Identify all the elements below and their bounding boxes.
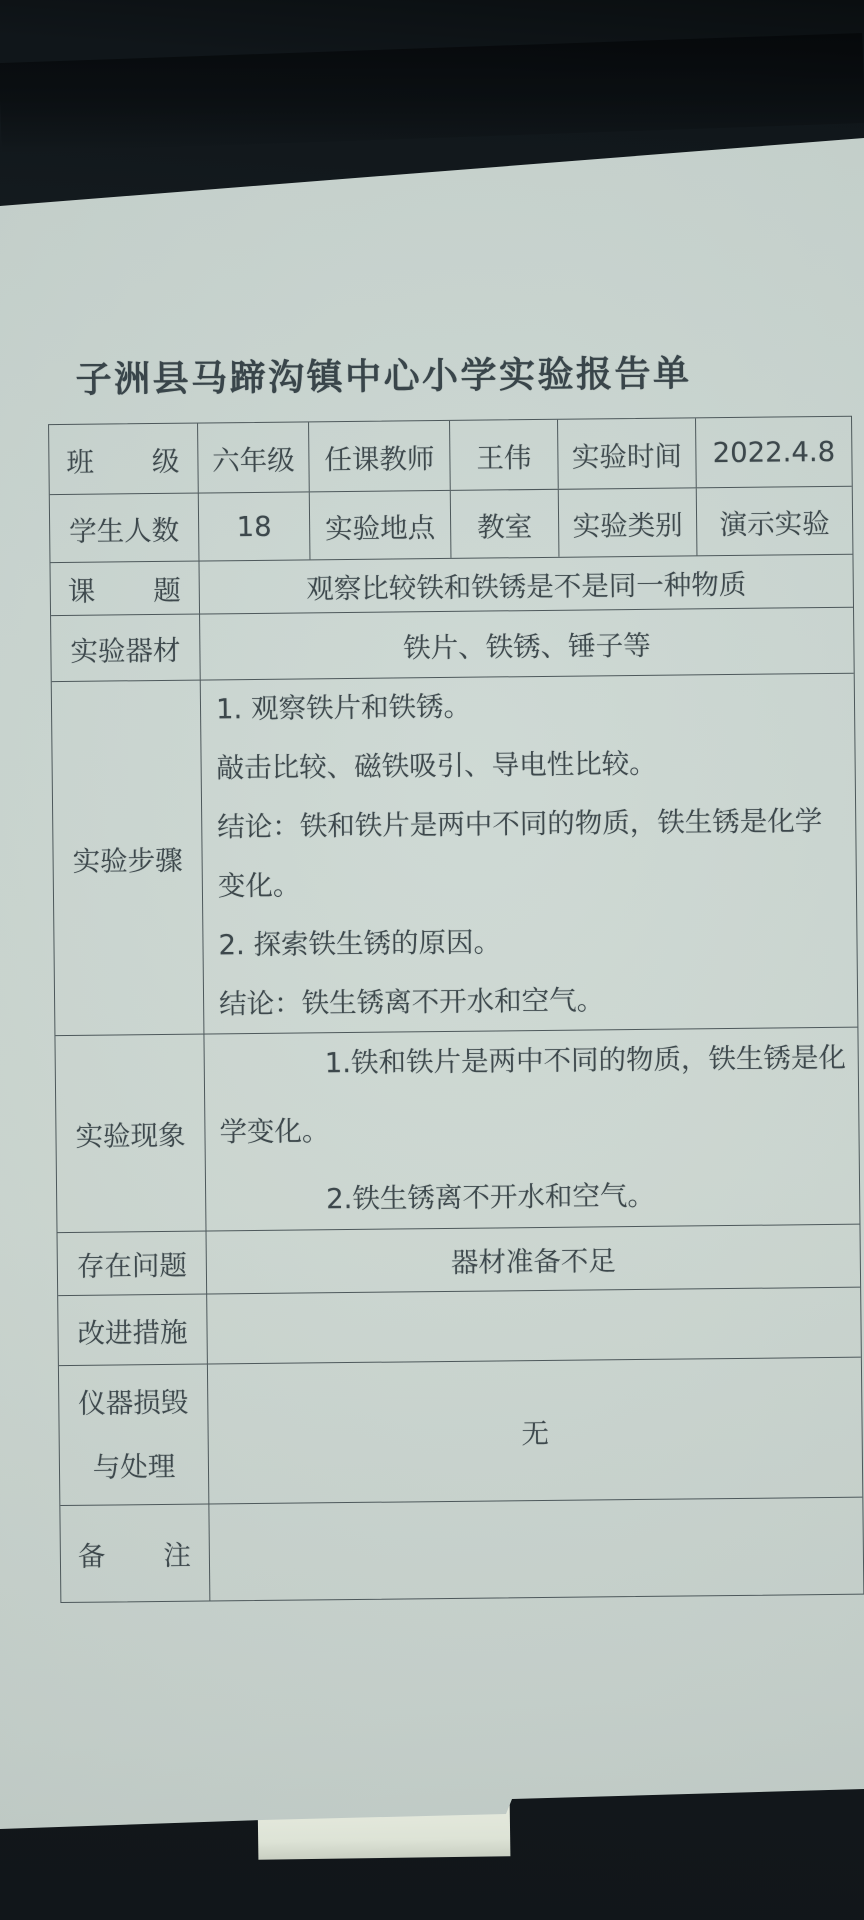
page-title: 子洲县马蹄沟镇中心小学实验报告单 [75, 345, 692, 402]
cell-problems-value: 器材准备不足 [207, 1225, 861, 1294]
table-row-topic: 课 题 观察比较铁和铁锈是不是同一种物质 [50, 555, 853, 616]
table-row-class: 班 级 六年级 任课教师 王伟 实验时间 2022.4.8 [49, 417, 852, 495]
cell-damage-value: 无 [208, 1358, 862, 1504]
cell-location-label: 实验地点 [310, 491, 452, 559]
damage-label-line-1: 仪器损毁 [78, 1370, 189, 1435]
photo-background: 子洲县马蹄沟镇中心小学实验报告单 班 级 六年级 任课教师 王伟 实验时间 20… [0, 0, 864, 1920]
steps-line-5: 结论：铁生锈离不开水和空气。 [219, 968, 848, 1033]
cell-remarks-value [209, 1498, 863, 1601]
cell-equipment-value: 铁片、铁锈、锤子等 [200, 608, 854, 680]
table-row-steps: 实验步骤 1. 观察铁片和铁锈。 敲击比较、磁铁吸引、导电性比较。 结论：铁和铁… [52, 674, 858, 1036]
cell-location-value: 教室 [451, 490, 560, 558]
cell-students-label: 学生人数 [50, 494, 200, 563]
steps-line-3: 结论：铁和铁片是两中不同的物质，铁生锈是化学变化。 [217, 791, 846, 916]
cell-time-label: 实验时间 [558, 418, 697, 488]
table-row-equipment: 实验器材 铁片、铁锈、锤子等 [51, 608, 854, 682]
cell-time-value: 2022.4.8 [696, 417, 852, 488]
report-document: 子洲县马蹄沟镇中心小学实验报告单 班 级 六年级 任课教师 王伟 实验时间 20… [0, 0, 860, 1]
steps-line-1: 1. 观察铁片和铁锈。 [216, 674, 845, 739]
background-shadow-band [0, 33, 864, 153]
phenomena-paragraph-2: 2.铁生锈离不开水和空气。 [220, 1160, 850, 1231]
cell-steps-label: 实验步骤 [52, 681, 205, 1036]
cell-phenomena-label: 实验现象 [55, 1035, 206, 1233]
cell-category-label: 实验类别 [559, 488, 698, 556]
phenomena-paragraph-1: 1.铁和铁片是两中不同的物质，铁生锈是化学变化。 [218, 1028, 848, 1167]
damage-label-line-2: 与处理 [92, 1434, 175, 1499]
cell-equipment-label: 实验器材 [51, 615, 201, 682]
steps-line-2: 敲击比较、磁铁吸引、导电性比较。 [216, 732, 845, 798]
cell-steps-value: 1. 观察铁片和铁锈。 敲击比较、磁铁吸引、导电性比较。 结论：铁和铁片是两中不… [201, 674, 858, 1034]
table-row-remarks: 备 注 [60, 1498, 863, 1602]
cell-teacher-label: 任课教师 [309, 421, 451, 491]
steps-line-4: 2. 探索铁生锈的原因。 [218, 909, 847, 975]
table-row-students: 学生人数 18 实验地点 教室 实验类别 演示实验 [50, 487, 853, 563]
table-row-phenomena: 实验现象 1.铁和铁片是两中不同的物质，铁生锈是化学变化。 2.铁生锈离不开水和… [55, 1028, 859, 1233]
cell-topic-label: 课 题 [50, 562, 200, 616]
cell-category-value: 演示实验 [697, 487, 853, 556]
cell-improvements-value [207, 1288, 861, 1364]
cell-damage-label: 仪器损毁 与处理 [59, 1365, 209, 1506]
cell-remarks-label: 备 注 [60, 1504, 210, 1602]
table-row-damage: 仪器损毁 与处理 无 [59, 1358, 862, 1506]
cell-students-value: 18 [199, 492, 311, 560]
cell-class-label: 班 级 [49, 424, 199, 495]
cell-teacher-value: 王伟 [450, 420, 559, 490]
table-row-problems: 存在问题 器材准备不足 [58, 1225, 861, 1296]
cell-improvements-label: 改进措施 [58, 1295, 208, 1366]
cell-topic-value: 观察比较铁和铁锈是不是同一种物质 [199, 555, 853, 614]
cell-problems-label: 存在问题 [58, 1232, 208, 1296]
cell-phenomena-value: 1.铁和铁片是两中不同的物质，铁生锈是化学变化。 2.铁生锈离不开水和空气。 [204, 1028, 859, 1231]
report-table: 班 级 六年级 任课教师 王伟 实验时间 2022.4.8 学生人数 18 实验… [48, 416, 864, 1603]
cell-class-value: 六年级 [198, 422, 310, 492]
table-row-improvements: 改进措施 [58, 1288, 861, 1366]
